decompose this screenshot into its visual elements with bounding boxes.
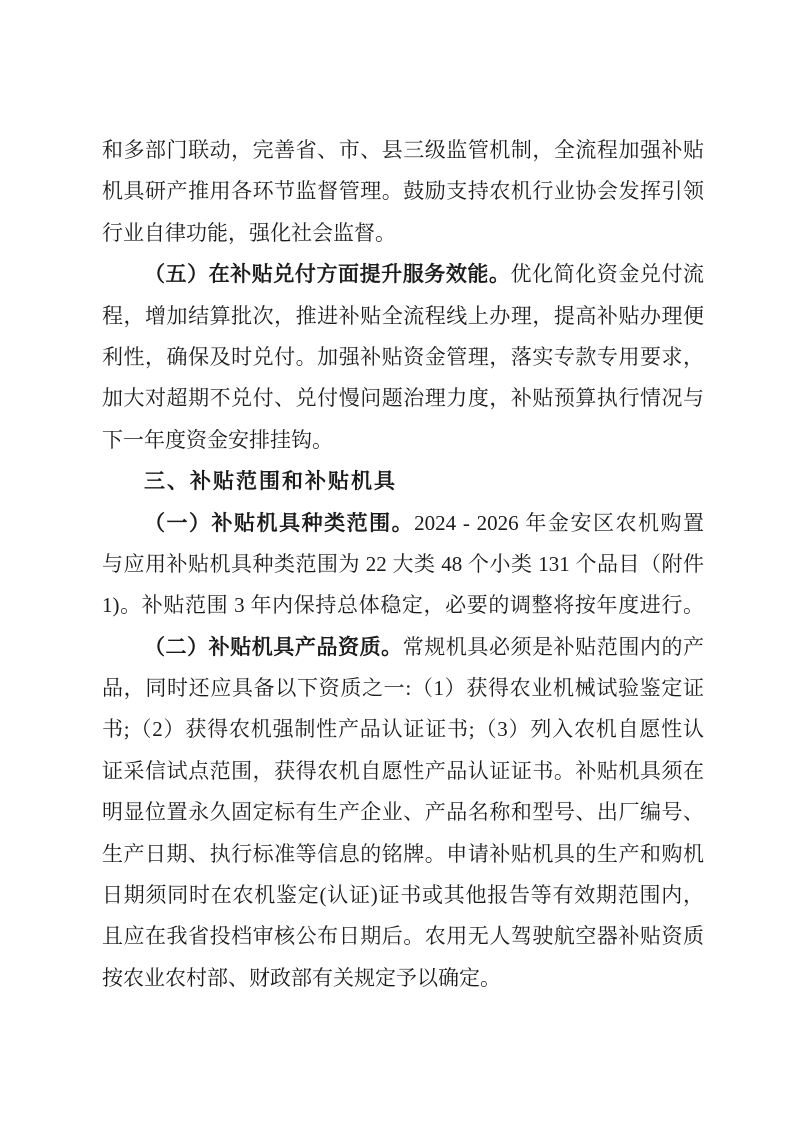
text-line: 品，同时还应具备以下资质之一:（1）获得农业机械试验鉴定证 (102, 668, 704, 709)
document-page: 和多部门联动，完善省、市、县三级监管机制，全流程加强补贴机具研产推用各环节监督管… (0, 0, 793, 1122)
body-text: 与应用补贴机具种类范围为 22 大类 48 个小类 131 个品目（附件 (102, 552, 704, 576)
text-line: 日期须同时在农机鉴定(认证)证书或其他报告等有效期范围内， (102, 875, 704, 916)
text-line: 且应在我省投档审核公布日期后。农用无人驾驶航空器补贴资质 (102, 916, 704, 957)
text-line: 与应用补贴机具种类范围为 22 大类 48 个小类 131 个品目（附件 (102, 544, 704, 585)
text-line: 按农业农村部、财政部有关规定予以确定。 (102, 958, 704, 999)
body-text: 按农业农村部、财政部有关规定予以确定。 (102, 966, 501, 990)
body-text: 下一年度资金安排挂钩。 (102, 428, 333, 452)
text-line: 下一年度资金安排挂钩。 (102, 420, 704, 461)
body-text: 机具研产推用各环节监督管理。鼓励支持农机行业协会发挥引领 (102, 179, 704, 203)
text-line: 三、补贴范围和补贴机具 (102, 461, 704, 502)
bold-lead-text: （二）补贴机具产品资质。 (144, 635, 403, 659)
section-heading-3: 三、补贴范围和补贴机具 (102, 461, 704, 502)
body-text: 明显位置永久固定标有生产企业、产品名称和型号、出厂编号、 (102, 800, 704, 824)
body-text: 且应在我省投档审核公布日期后。农用无人驾驶航空器补贴资质 (102, 924, 704, 948)
text-line: 机具研产推用各环节监督管理。鼓励支持农机行业协会发挥引领 (102, 171, 704, 212)
paragraph-continuation: 和多部门联动，完善省、市、县三级监管机制，全流程加强补贴机具研产推用各环节监督管… (102, 130, 704, 254)
body-text: 优化简化资金兑付流 (511, 262, 704, 286)
body-text: 常规机具必须是补贴范围内的产 (403, 635, 704, 659)
body-text: 日期须同时在农机鉴定(认证)证书或其他报告等有效期范围内， (102, 883, 704, 907)
body-text: 品，同时还应具备以下资质之一:（1）获得农业机械试验鉴定证 (102, 676, 704, 700)
text-line: 书;（2）获得农机强制性产品认证证书;（3）列入农机自愿性认 (102, 709, 704, 750)
bold-lead-text: 三、补贴范围和补贴机具 (144, 470, 397, 493)
paragraph-item-3-2: （二）补贴机具产品资质。常规机具必须是补贴范围内的产品，同时还应具备以下资质之一… (102, 627, 704, 1000)
body-text: 2024 - 2026 年金安区农机购置 (414, 511, 704, 535)
body-text: 行业自律功能，强化社会监督。 (102, 221, 396, 245)
text-line: （二）补贴机具产品资质。常规机具必须是补贴范围内的产 (102, 627, 704, 668)
body-text: 加大对超期不兑付、兑付慢问题治理力度，补贴预算执行情况与 (102, 386, 704, 410)
text-line: 行业自律功能，强化社会监督。 (102, 213, 704, 254)
body-text: 和多部门联动，完善省、市、县三级监管机制，全流程加强补贴 (102, 138, 704, 162)
text-line: 程，增加结算批次，推进补贴全流程线上办理，提高补贴办理便 (102, 296, 704, 337)
paragraph-item-5: （五）在补贴兑付方面提升服务效能。优化简化资金兑付流程，增加结算批次，推进补贴全… (102, 254, 704, 461)
text-line: 明显位置永久固定标有生产企业、产品名称和型号、出厂编号、 (102, 792, 704, 833)
body-text: 书;（2）获得农机强制性产品认证证书;（3）列入农机自愿性认 (102, 717, 704, 741)
paragraph-item-3-1: （一）补贴机具种类范围。2024 - 2026 年金安区农机购置与应用补贴机具种… (102, 503, 704, 627)
bold-lead-text: （一）补贴机具种类范围。 (144, 511, 414, 535)
body-text: 生产日期、执行标准等信息的铭牌。申请补贴机具的生产和购机 (102, 842, 704, 866)
body-text: 证采信试点范围，获得农机自愿性产品认证证书。补贴机具须在 (102, 759, 704, 783)
body-text: 程，增加结算批次，推进补贴全流程线上办理，提高补贴办理便 (102, 304, 704, 328)
text-line: 证采信试点范围，获得农机自愿性产品认证证书。补贴机具须在 (102, 751, 704, 792)
text-line: 和多部门联动，完善省、市、县三级监管机制，全流程加强补贴 (102, 130, 704, 171)
document-body-text: 和多部门联动，完善省、市、县三级监管机制，全流程加强补贴机具研产推用各环节监督管… (102, 130, 704, 999)
text-line: （五）在补贴兑付方面提升服务效能。优化简化资金兑付流 (102, 254, 704, 295)
body-text: 利性，确保及时兑付。加强补贴资金管理，落实专款专用要求， (102, 345, 704, 369)
text-line: 加大对超期不兑付、兑付慢问题治理力度，补贴预算执行情况与 (102, 378, 704, 419)
text-line: 利性，确保及时兑付。加强补贴资金管理，落实专款专用要求， (102, 337, 704, 378)
text-line: 生产日期、执行标准等信息的铭牌。申请补贴机具的生产和购机 (102, 834, 704, 875)
body-text: 1)。补贴范围 3 年内保持总体稳定，必要的调整将按年度进行。 (102, 593, 704, 617)
bold-lead-text: （五）在补贴兑付方面提升服务效能。 (144, 262, 511, 286)
text-line: （一）补贴机具种类范围。2024 - 2026 年金安区农机购置 (102, 503, 704, 544)
text-line: 1)。补贴范围 3 年内保持总体稳定，必要的调整将按年度进行。 (102, 585, 704, 626)
